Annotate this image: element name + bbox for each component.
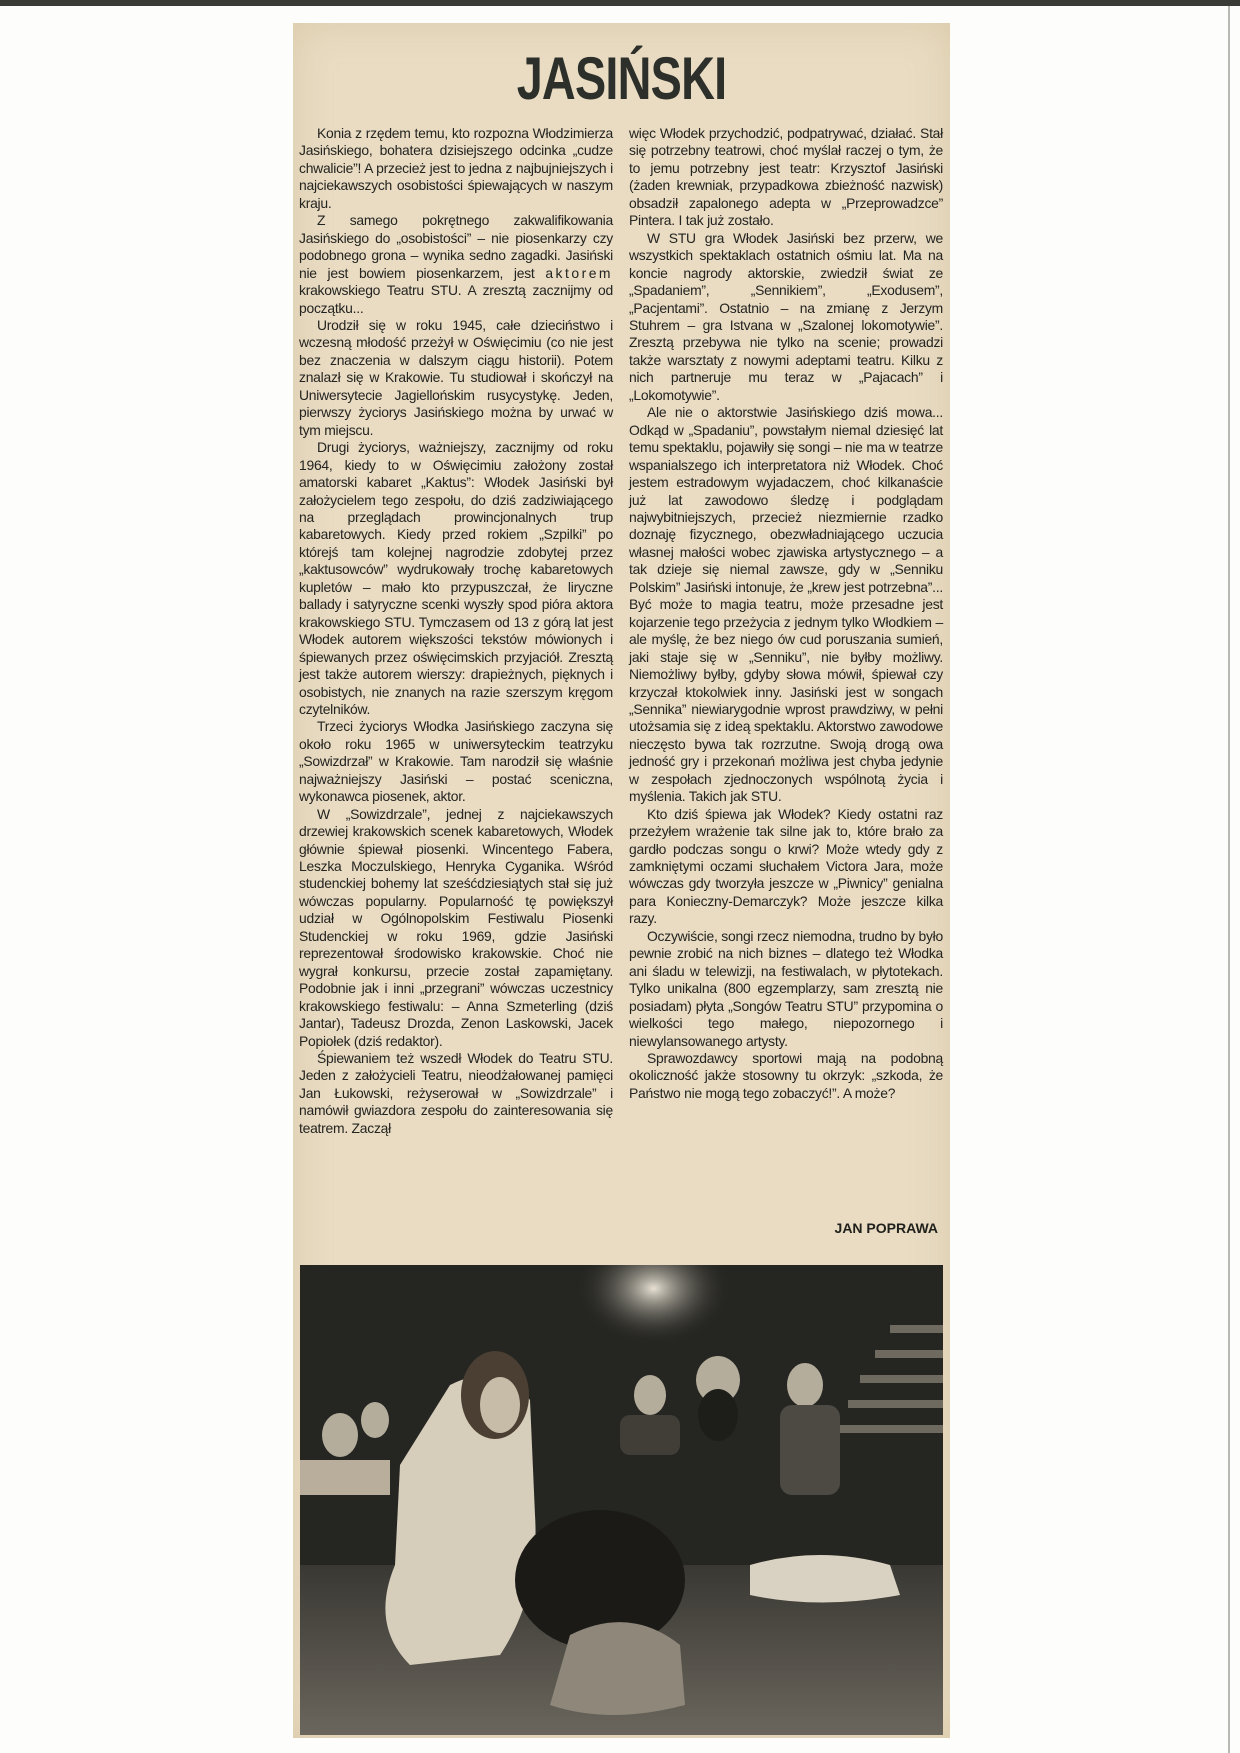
paragraph: Sprawozdawcy sportowi mają na podobną ok… [629, 1050, 943, 1102]
paragraph: Drugi życiorys, ważniejszy, zacznijmy od… [299, 439, 613, 718]
paragraph: Śpiewaniem też wszedł Włodek do Teatru S… [299, 1050, 613, 1137]
author-byline: JAN POPRAWA [835, 1220, 938, 1236]
left-column: Konia z rzędem temu, kto rozpozna Włodzi… [299, 125, 613, 1250]
paragraph: Trzeci życiorys Włodka Jasińskiego zaczy… [299, 718, 613, 805]
paragraph: Z samego pokrętnego zakwalifikowania Jas… [299, 212, 613, 317]
article-title: JASIŃSKI [365, 49, 877, 109]
photo-illustration [300, 1265, 943, 1735]
paragraph: Oczywiście, songi rzecz niemodna, trudno… [629, 928, 943, 1050]
paragraph: Kto dziś śpiewa jak Włodek? Kiedy ostatn… [629, 806, 943, 928]
scanner-top-edge [0, 0, 1240, 6]
stage-photo [300, 1265, 943, 1735]
paragraph: W STU gra Włodek Jasiński bez przerw, we… [629, 230, 943, 405]
emphasis-text: aktorem [545, 265, 613, 281]
paragraph-text: krakowskiego Teatru STU. A zresztą zaczn… [299, 282, 613, 315]
paragraph: Ale nie o aktorstwie Jasińskiego dziś mo… [629, 404, 943, 805]
paragraph-continued: więc Włodek przychodzić, podpatrywać, dz… [629, 125, 943, 230]
paragraph: Urodził się w roku 1945, całe dzieciństw… [299, 317, 613, 439]
right-column: więc Włodek przychodzić, podpatrywać, dz… [629, 125, 943, 1250]
newspaper-clipping: JASIŃSKI Konia z rzędem temu, kto rozpoz… [293, 23, 950, 1738]
page-right-edge [1228, 6, 1230, 1753]
paragraph: W „Sowizdrzale”, jednej z najciekawszych… [299, 806, 613, 1050]
article-body: Konia z rzędem temu, kto rozpozna Włodzi… [299, 125, 944, 1250]
paragraph: Konia z rzędem temu, kto rozpozna Włodzi… [299, 125, 613, 212]
